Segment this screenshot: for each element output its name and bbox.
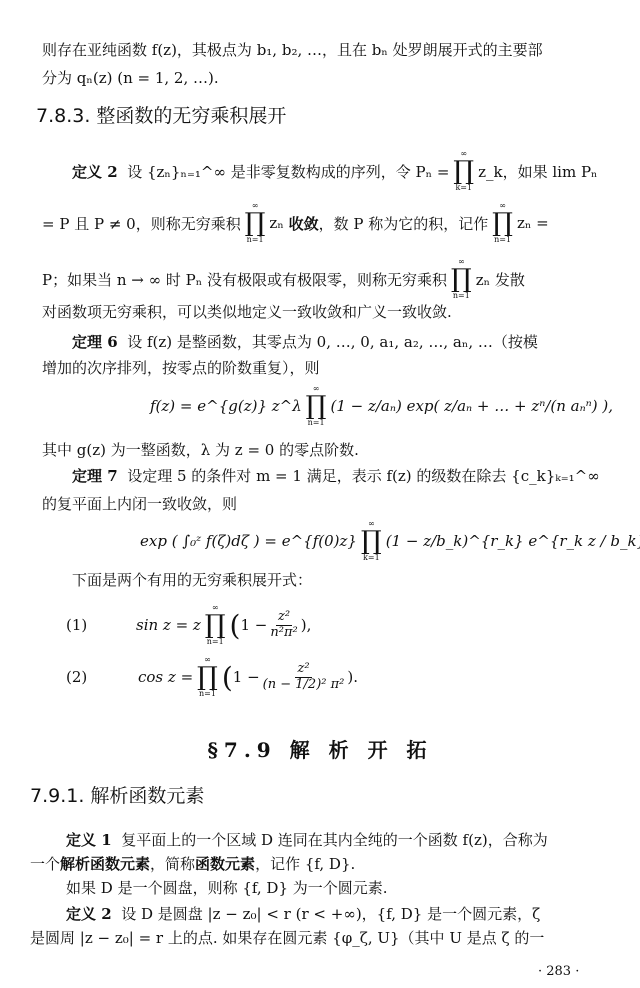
product-symbol: ∞∏n=1 bbox=[492, 202, 513, 244]
definition-2b-label: 定义 2 bbox=[66, 905, 112, 923]
definition-2-line-1: 定义 2 设 {zₙ}ₙ₌₁^∞ 是非零复数构成的序列，令 Pₙ = ∞∏k=1… bbox=[72, 150, 598, 192]
expansions-intro: 下面是两个有用的无穷乘积展开式： bbox=[72, 570, 312, 590]
product-symbol: ∞∏n=1 bbox=[451, 258, 472, 300]
product-symbol: ∞∏n=1 bbox=[306, 385, 327, 427]
product-symbol: ∞∏k=1 bbox=[453, 150, 474, 192]
product-symbol: ∞∏k=1 bbox=[361, 520, 382, 562]
expansion-1: (1) sin z = z ∞∏n=1 (1 − z²n²π² ), bbox=[66, 604, 311, 646]
definition-2b-line-2: 是圆周 |z − z₀| = r 上的点. 如果存在圆元素 {φ_ζ, U}（其… bbox=[30, 928, 544, 948]
formula-lhs: exp ( ∫₀ᶻ f(ζ)dζ ) = e^{f(0)z} bbox=[140, 532, 357, 550]
expansion-lhs: sin z = z bbox=[136, 616, 201, 634]
expansion-tail: ), bbox=[301, 616, 312, 634]
definition-1-text: 一个 bbox=[30, 855, 60, 873]
definition-2-line-3: P；如果当 n → ∞ 时 Pₙ 没有极限或有极限零，则称无穷乘积 ∞∏n=1 … bbox=[42, 258, 525, 300]
formula-lhs: f(z) = e^{g(z)} z^λ bbox=[150, 397, 302, 415]
theorem-7-text: 设定理 5 的条件对 m = 1 满足，表示 f(z) 的级数在除去 {c_k}… bbox=[127, 467, 600, 485]
definition-2-text: = P 且 P ≠ 0，则称无穷乘积 bbox=[42, 213, 241, 234]
definition-1-label: 定义 1 bbox=[66, 831, 112, 849]
product-symbol: ∞∏n=1 bbox=[205, 604, 226, 646]
section-heading-7-8-3: 7.8.3. 整函数的无穷乘积展开 bbox=[36, 106, 286, 126]
definition-1-text: ，简称 bbox=[150, 855, 195, 873]
definition-2-term: zₙ bbox=[269, 214, 283, 232]
fraction: z²n²π² bbox=[270, 610, 297, 640]
definition-1-text: ，记作 {f, D}. bbox=[255, 855, 355, 873]
formula-rhs: (1 − z/b_k)^{r_k} e^{r_k z / b_k}. bbox=[386, 532, 640, 550]
expansion-lhs: cos z = bbox=[138, 668, 193, 686]
definition-2b-text: 设 D 是圆盘 |z − z₀| < r (r < +∞)，{f, D} 是一个… bbox=[121, 905, 540, 923]
product-symbol: ∞∏n=1 bbox=[197, 656, 218, 698]
theorem-6-text: 设 f(z) 是整函数，其零点为 0, …, 0, a₁, a₂, …, aₙ,… bbox=[127, 333, 538, 351]
definition-2b-line-1: 定义 2 设 D 是圆盘 |z − z₀| < r (r < +∞)，{f, D… bbox=[66, 904, 540, 924]
page-number: · 283 · bbox=[538, 962, 579, 982]
definition-2-text-b: z_k，如果 lim Pₙ bbox=[478, 161, 597, 182]
definition-1-line-1: 定义 1 复平面上的一个区域 D 连同在其内全纯的一个函数 f(z)，合称为 bbox=[66, 830, 548, 850]
theorem-7-label: 定理 7 bbox=[72, 467, 118, 485]
definition-1-bold-term: 解析函数元素 bbox=[60, 855, 150, 873]
definition-2-text: zₙ 发散 bbox=[476, 269, 525, 290]
continued-line-2: 分为 qₙ(z) (n = 1, 2, …). bbox=[42, 68, 219, 88]
section-heading-7-9: §7.9 解 析 开 拓 bbox=[0, 740, 640, 760]
theorem-6-line-1: 定理 6 设 f(z) 是整函数，其零点为 0, …, 0, a₁, a₂, …… bbox=[72, 332, 538, 352]
definition-2-bold-term: 收敛 bbox=[289, 213, 319, 234]
definition-1-bold-term: 函数元素 bbox=[195, 855, 255, 873]
definition-1-line-3: 如果 D 是一个圆盘，则称 {f, D} 为一个圆元素. bbox=[66, 878, 388, 898]
theorem-6-after: 其中 g(z) 为一整函数，λ 为 z = 0 的零点阶数. bbox=[42, 440, 359, 460]
theorem-7-line-2: 的复平面上内闭一致收敛，则 bbox=[42, 494, 237, 514]
expansion-number: (1) bbox=[66, 616, 136, 634]
fraction: z²(n − 1/2)² π² bbox=[263, 662, 345, 692]
definition-2-line-2: = P 且 P ≠ 0，则称无穷乘积 ∞∏n=1 zₙ 收敛 ，数 P 称为它的… bbox=[42, 202, 549, 244]
expansion-2: (2) cos z = ∞∏n=1 (1 − z²(n − 1/2)² π² )… bbox=[66, 656, 358, 698]
definition-2-line-4: 对函数项无穷乘积，可以类似地定义一致收敛和广义一致收敛. bbox=[42, 302, 452, 322]
theorem-7-line-1: 定理 7 设定理 5 的条件对 m = 1 满足，表示 f(z) 的级数在除去 … bbox=[72, 466, 600, 486]
definition-2-text: zₙ = bbox=[517, 214, 549, 232]
definition-1-line-2: 一个解析函数元素，简称函数元素，记作 {f, D}. bbox=[30, 854, 355, 874]
definition-2-text-a: 设 {zₙ}ₙ₌₁^∞ 是非零复数构成的序列，令 Pₙ = bbox=[127, 161, 449, 182]
formula-rhs: (1 − z/aₙ) exp( z/aₙ + … + zⁿ/(n aₙⁿ) ), bbox=[330, 397, 613, 415]
continued-line-1: 则存在亚纯函数 f(z)，其极点为 b₁, b₂, …，且在 bₙ 处罗朗展开式… bbox=[42, 40, 543, 60]
definition-2-label: 定义 2 bbox=[72, 161, 118, 182]
theorem-6-label: 定理 6 bbox=[72, 333, 118, 351]
expansion-number: (2) bbox=[66, 668, 138, 686]
product-symbol: ∞∏n=1 bbox=[245, 202, 266, 244]
definition-1-text: 复平面上的一个区域 D 连同在其内全纯的一个函数 f(z)，合称为 bbox=[121, 831, 548, 849]
section-heading-7-9-1: 7.9.1. 解析函数元素 bbox=[30, 786, 204, 806]
theorem-6-line-2: 增加的次序排列，按零点的阶数重复），则 bbox=[42, 358, 320, 378]
theorem-6-formula: f(z) = e^{g(z)} z^λ ∞∏n=1 (1 − z/aₙ) exp… bbox=[150, 385, 613, 427]
definition-2-text: P；如果当 n → ∞ 时 Pₙ 没有极限或有极限零，则称无穷乘积 bbox=[42, 269, 447, 290]
expansion-tail: ). bbox=[347, 668, 358, 686]
theorem-7-formula: exp ( ∫₀ᶻ f(ζ)dζ ) = e^{f(0)z} ∞∏k=1 (1 … bbox=[140, 520, 640, 562]
definition-2-text: ，数 P 称为它的积，记作 bbox=[319, 213, 489, 234]
